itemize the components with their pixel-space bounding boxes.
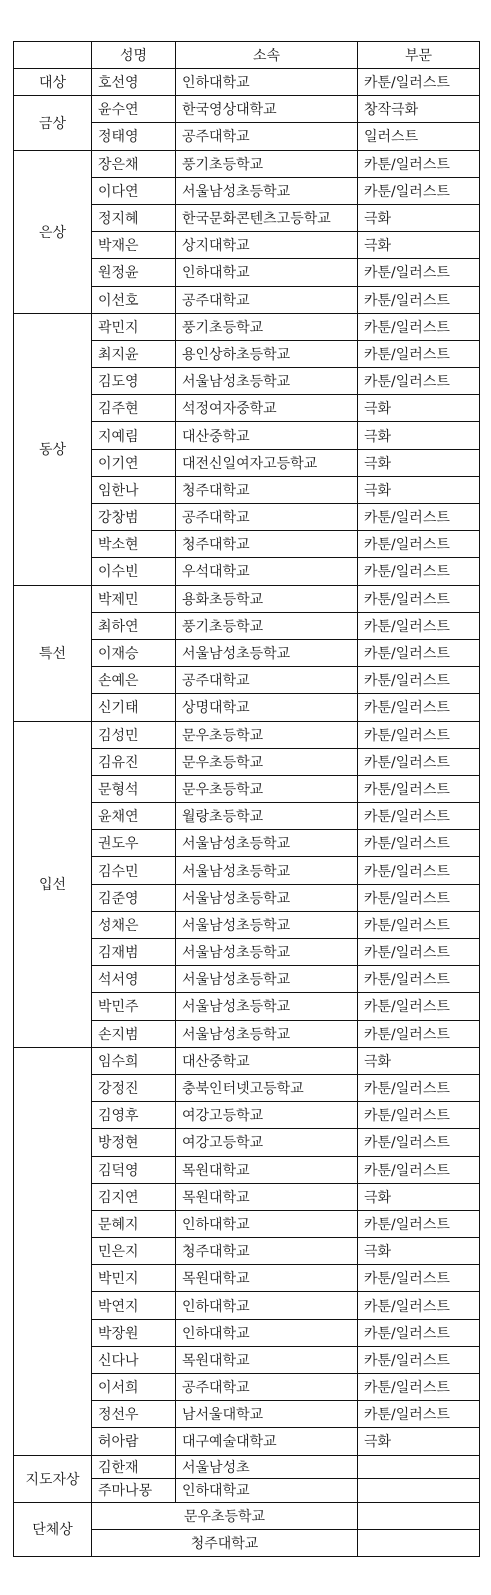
affiliation-cell: 서울남성초등학교 <box>176 966 358 993</box>
affiliation-cell: 공주대학교 <box>176 286 358 313</box>
category-cell: 카툰/일러스트 <box>358 558 480 585</box>
affiliation-cell: 목원대학교 <box>176 1183 358 1210</box>
affiliation-cell: 문우초등학교 <box>176 775 358 802</box>
category-cell: 카툰/일러스트 <box>358 1102 480 1129</box>
category-cell: 카툰/일러스트 <box>358 1319 480 1346</box>
category-cell: 카툰/일러스트 <box>358 69 480 96</box>
name-cell: 주마나몽 <box>92 1479 176 1503</box>
name-cell: 박민주 <box>92 993 176 1020</box>
name-cell: 손예은 <box>92 667 176 694</box>
category-cell: 카툰/일러스트 <box>358 830 480 857</box>
affiliation-cell: 공주대학교 <box>176 667 358 694</box>
table-row: 금상윤수연한국영상대학교창작극화 <box>14 96 480 123</box>
name-cell: 손지범 <box>92 1020 176 1047</box>
name-cell: 박제민 <box>92 585 176 612</box>
table-row: 입선김성민문우초등학교카툰/일러스트 <box>14 721 480 748</box>
name-cell: 김주현 <box>92 395 176 422</box>
name-cell: 신기태 <box>92 694 176 721</box>
header-award <box>14 42 92 69</box>
category-cell: 카툰/일러스트 <box>358 1210 480 1237</box>
award-cell: 특선 <box>14 585 92 721</box>
table-row: 특선박제민용화초등학교카툰/일러스트 <box>14 585 480 612</box>
affiliation-cell: 청주대학교 <box>176 531 358 558</box>
affiliation-cell: 대산중학교 <box>176 1047 358 1074</box>
affiliation-cell: 공주대학교 <box>176 504 358 531</box>
header-row: 성명 소속 부문 <box>14 42 480 69</box>
affiliation-cell: 문우초등학교 <box>176 748 358 775</box>
affiliation-cell: 상명대학교 <box>176 694 358 721</box>
name-cell: 정선우 <box>92 1401 176 1428</box>
affiliation-cell: 인하대학교 <box>176 1210 358 1237</box>
award-cell: 대상 <box>14 69 92 96</box>
name-cell: 박연지 <box>92 1292 176 1319</box>
name-cell: 성채은 <box>92 911 176 938</box>
table-row: 은상장은채풍기초등학교카툰/일러스트 <box>14 150 480 177</box>
affiliation-cell: 서울남성초등학교 <box>176 830 358 857</box>
name-cell: 이서희 <box>92 1374 176 1401</box>
affiliation-cell: 대전신일여자고등학교 <box>176 449 358 476</box>
category-cell: 카툰/일러스트 <box>358 639 480 666</box>
category-cell <box>358 1455 480 1479</box>
name-cell: 임수희 <box>92 1047 176 1074</box>
team-affiliation-cell: 청주대학교 <box>92 1529 358 1556</box>
category-cell: 카툰/일러스트 <box>358 1156 480 1183</box>
award-cell: 입선 <box>14 721 92 1047</box>
name-cell: 곽민지 <box>92 313 176 340</box>
category-cell: 카툰/일러스트 <box>358 1346 480 1373</box>
affiliation-cell: 풍기초등학교 <box>176 612 358 639</box>
award-cell <box>14 1047 92 1455</box>
table-row: 대상호선영인하대학교카툰/일러스트 <box>14 69 480 96</box>
affiliation-cell: 인하대학교 <box>176 69 358 96</box>
category-cell: 카툰/일러스트 <box>358 1374 480 1401</box>
table-row: 임수희대산중학교극화 <box>14 1047 480 1074</box>
category-cell: 카툰/일러스트 <box>358 585 480 612</box>
affiliation-cell: 한국문화콘텐츠고등학교 <box>176 204 358 231</box>
category-cell: 카툰/일러스트 <box>358 177 480 204</box>
affiliation-cell: 상지대학교 <box>176 232 358 259</box>
name-cell: 호선영 <box>92 69 176 96</box>
category-cell: 카툰/일러스트 <box>358 911 480 938</box>
category-cell: 카툰/일러스트 <box>358 340 480 367</box>
name-cell: 박장원 <box>92 1319 176 1346</box>
awards-table: 성명 소속 부문 대상호선영인하대학교카툰/일러스트금상윤수연한국영상대학교창작… <box>13 41 480 1557</box>
category-cell: 카툰/일러스트 <box>358 531 480 558</box>
category-cell: 카툰/일러스트 <box>358 1129 480 1156</box>
name-cell: 허아람 <box>92 1428 176 1455</box>
affiliation-cell: 문우초등학교 <box>176 721 358 748</box>
affiliation-cell: 풍기초등학교 <box>176 313 358 340</box>
category-cell: 극화 <box>358 1428 480 1455</box>
name-cell: 김성민 <box>92 721 176 748</box>
affiliation-cell: 석정여자중학교 <box>176 395 358 422</box>
category-cell: 극화 <box>358 1238 480 1265</box>
name-cell: 석서영 <box>92 966 176 993</box>
category-cell: 카툰/일러스트 <box>358 939 480 966</box>
name-cell: 이수빈 <box>92 558 176 585</box>
affiliation-cell: 풍기초등학교 <box>176 150 358 177</box>
name-cell: 민은지 <box>92 1238 176 1265</box>
affiliation-cell: 우석대학교 <box>176 558 358 585</box>
affiliation-cell: 청주대학교 <box>176 1238 358 1265</box>
table-row: 지도자상김한재서울남성초 <box>14 1455 480 1479</box>
name-cell: 최하연 <box>92 612 176 639</box>
name-cell: 이다연 <box>92 177 176 204</box>
name-cell: 이재승 <box>92 639 176 666</box>
category-cell: 극화 <box>358 1183 480 1210</box>
affiliation-cell: 인하대학교 <box>176 259 358 286</box>
category-cell <box>358 1479 480 1503</box>
category-cell: 카툰/일러스트 <box>358 1401 480 1428</box>
affiliation-cell: 서울남성초등학교 <box>176 177 358 204</box>
affiliation-cell: 인하대학교 <box>176 1292 358 1319</box>
category-cell: 카툰/일러스트 <box>358 884 480 911</box>
category-cell: 극화 <box>358 476 480 503</box>
affiliation-cell: 한국영상대학교 <box>176 96 358 123</box>
affiliation-cell: 목원대학교 <box>176 1156 358 1183</box>
category-cell: 카툰/일러스트 <box>358 966 480 993</box>
category-cell: 극화 <box>358 232 480 259</box>
category-cell <box>358 1502 480 1529</box>
affiliation-cell: 서울남성초등학교 <box>176 911 358 938</box>
affiliation-cell: 충북인터넷고등학교 <box>176 1074 358 1101</box>
affiliation-cell: 여강고등학교 <box>176 1102 358 1129</box>
category-cell: 카툰/일러스트 <box>358 150 480 177</box>
affiliation-cell: 서울남성초등학교 <box>176 1020 358 1047</box>
affiliation-cell: 여강고등학교 <box>176 1129 358 1156</box>
award-cell: 동상 <box>14 313 92 585</box>
award-cell: 은상 <box>14 150 92 313</box>
category-cell: 극화 <box>358 204 480 231</box>
affiliation-cell: 서울남성초등학교 <box>176 368 358 395</box>
affiliation-cell: 서울남성초등학교 <box>176 857 358 884</box>
name-cell: 지예림 <box>92 422 176 449</box>
name-cell: 김도영 <box>92 368 176 395</box>
category-cell: 카툰/일러스트 <box>358 694 480 721</box>
affiliation-cell: 서울남성초등학교 <box>176 993 358 1020</box>
name-cell: 문형석 <box>92 775 176 802</box>
category-cell: 카툰/일러스트 <box>358 612 480 639</box>
affiliation-cell: 서울남성초등학교 <box>176 639 358 666</box>
name-cell: 박민지 <box>92 1265 176 1292</box>
category-cell: 카툰/일러스트 <box>358 1020 480 1047</box>
award-cell: 단체상 <box>14 1502 92 1556</box>
name-cell: 강정진 <box>92 1074 176 1101</box>
affiliation-cell: 용화초등학교 <box>176 585 358 612</box>
name-cell: 임한나 <box>92 476 176 503</box>
header-category: 부문 <box>358 42 480 69</box>
affiliation-cell: 청주대학교 <box>176 476 358 503</box>
name-cell: 김덕영 <box>92 1156 176 1183</box>
category-cell: 극화 <box>358 395 480 422</box>
name-cell: 김재범 <box>92 939 176 966</box>
affiliation-cell: 목원대학교 <box>176 1346 358 1373</box>
category-cell: 극화 <box>358 422 480 449</box>
category-cell <box>358 1529 480 1556</box>
category-cell: 카툰/일러스트 <box>358 748 480 775</box>
category-cell: 카툰/일러스트 <box>358 313 480 340</box>
category-cell: 카툰/일러스트 <box>358 1265 480 1292</box>
team-affiliation-cell: 문우초등학교 <box>92 1502 358 1529</box>
name-cell: 윤채연 <box>92 803 176 830</box>
affiliation-cell: 월랑초등학교 <box>176 803 358 830</box>
name-cell: 김수민 <box>92 857 176 884</box>
table-row-group-award: 단체상문우초등학교 <box>14 1502 480 1529</box>
header-affiliation: 소속 <box>176 42 358 69</box>
name-cell: 김영후 <box>92 1102 176 1129</box>
affiliation-cell: 목원대학교 <box>176 1265 358 1292</box>
category-cell: 카툰/일러스트 <box>358 803 480 830</box>
affiliation-cell: 대산중학교 <box>176 422 358 449</box>
name-cell: 김지연 <box>92 1183 176 1210</box>
category-cell: 일러스트 <box>358 123 480 150</box>
award-cell: 지도자상 <box>14 1455 92 1502</box>
category-cell: 카툰/일러스트 <box>358 286 480 313</box>
category-cell: 카툰/일러스트 <box>358 259 480 286</box>
name-cell: 정지혜 <box>92 204 176 231</box>
affiliation-cell: 인하대학교 <box>176 1479 358 1503</box>
name-cell: 권도우 <box>92 830 176 857</box>
category-cell: 카툰/일러스트 <box>358 857 480 884</box>
affiliation-cell: 서울남성초등학교 <box>176 884 358 911</box>
name-cell: 문혜지 <box>92 1210 176 1237</box>
category-cell: 카툰/일러스트 <box>358 504 480 531</box>
name-cell: 박소현 <box>92 531 176 558</box>
name-cell: 신다나 <box>92 1346 176 1373</box>
category-cell: 카툰/일러스트 <box>358 1074 480 1101</box>
name-cell: 장은채 <box>92 150 176 177</box>
name-cell: 김준영 <box>92 884 176 911</box>
header-name: 성명 <box>92 42 176 69</box>
name-cell: 원정윤 <box>92 259 176 286</box>
name-cell: 박재은 <box>92 232 176 259</box>
category-cell: 카툰/일러스트 <box>358 721 480 748</box>
affiliation-cell: 서울남성초 <box>176 1455 358 1479</box>
table-body: 대상호선영인하대학교카툰/일러스트금상윤수연한국영상대학교창작극화정태영공주대학… <box>14 69 480 1557</box>
category-cell: 카툰/일러스트 <box>358 368 480 395</box>
affiliation-cell: 인하대학교 <box>176 1319 358 1346</box>
affiliation-cell: 용인상하초등학교 <box>176 340 358 367</box>
name-cell: 정태영 <box>92 123 176 150</box>
category-cell: 카툰/일러스트 <box>358 993 480 1020</box>
name-cell: 방정현 <box>92 1129 176 1156</box>
category-cell: 카툰/일러스트 <box>358 1292 480 1319</box>
name-cell: 이선호 <box>92 286 176 313</box>
affiliation-cell: 남서울대학교 <box>176 1401 358 1428</box>
name-cell: 최지윤 <box>92 340 176 367</box>
category-cell: 극화 <box>358 1047 480 1074</box>
table-row: 동상곽민지풍기초등학교카툰/일러스트 <box>14 313 480 340</box>
name-cell: 김유진 <box>92 748 176 775</box>
name-cell: 윤수연 <box>92 96 176 123</box>
category-cell: 카툰/일러스트 <box>358 667 480 694</box>
affiliation-cell: 대구예술대학교 <box>176 1428 358 1455</box>
affiliation-cell: 공주대학교 <box>176 1374 358 1401</box>
award-cell: 금상 <box>14 96 92 150</box>
affiliation-cell: 공주대학교 <box>176 123 358 150</box>
name-cell: 강창범 <box>92 504 176 531</box>
category-cell: 카툰/일러스트 <box>358 775 480 802</box>
name-cell: 이기연 <box>92 449 176 476</box>
category-cell: 창작극화 <box>358 96 480 123</box>
affiliation-cell: 서울남성초등학교 <box>176 939 358 966</box>
name-cell: 김한재 <box>92 1455 176 1479</box>
category-cell: 극화 <box>358 449 480 476</box>
